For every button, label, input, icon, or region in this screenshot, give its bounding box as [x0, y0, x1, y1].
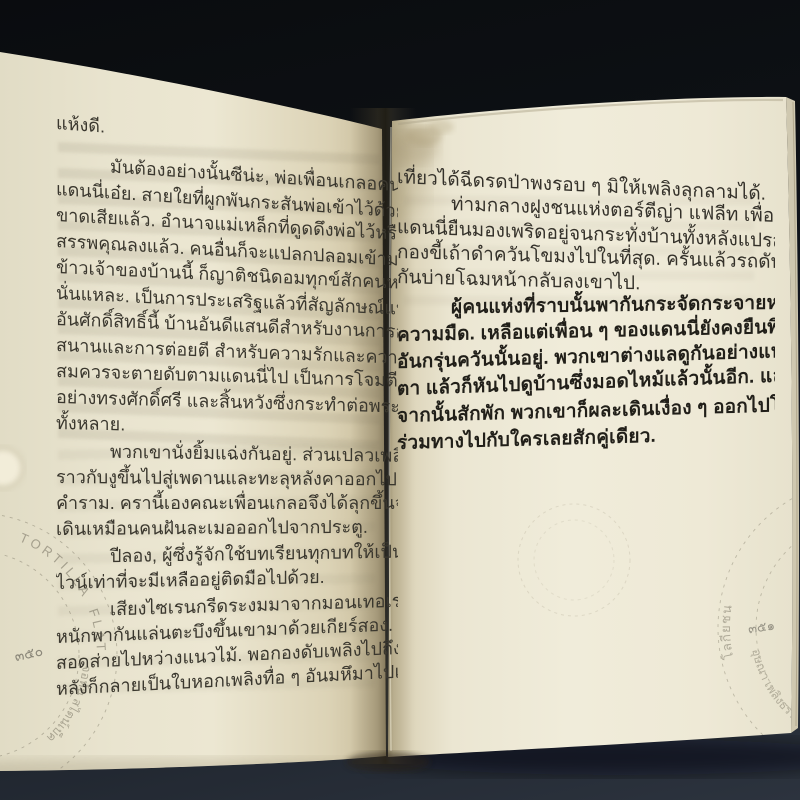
stain-blob: [428, 120, 454, 134]
text-line: เดินเหมือนคนฝันละเมอออกไปจากประตู.: [56, 514, 398, 542]
paragraph: มันต้องอย่างนั้นซีน่ะ, พ่อเพื่อนเกลอคนฉล…: [56, 150, 398, 436]
paragraph: แห้งดี.: [56, 110, 398, 136]
right-page-text: เที่ยวได้ฉีดรดป่าพงรอบ ๆ มิให้เพลิงลุกลา…: [397, 154, 775, 457]
paragraph: ผู้คนแห่งที่ราบนั้นพากันกระจัดกระจายหายไ…: [397, 284, 775, 457]
paragraph: ปีลอง, ผู้ซึ่งรู้จักใช้บทเรียนทุกบทให้เป…: [56, 544, 398, 596]
gutter-bottom-shadow: [346, 752, 430, 772]
text-line: ราวกับงูขึ้นไปสู่เพดานและทะลุหลังคาออกไป…: [56, 464, 398, 492]
text-line: คำราม. ครานี้เองคณะเพื่อนเกลอจึงได้ลุกขึ…: [56, 490, 398, 516]
paragraph: พวกเขานั่งยิ้มแฉ่งกันอยู่. ส่วนเปลวเพลิง…: [56, 438, 398, 542]
paragraph: เสียงไซเรนกรีดระงมมาจากมอนเทอเรย์. รถขนา…: [56, 598, 398, 702]
open-book-photo: TORTILLA FLAT จอห์น สไตน์เบ็ค ๓๕๐ โลกียช…: [0, 0, 800, 800]
left-page-text: แห้งดี. มันต้องอย่างนั้นซีน่ะ, พ่อเพื่อน…: [56, 110, 398, 702]
